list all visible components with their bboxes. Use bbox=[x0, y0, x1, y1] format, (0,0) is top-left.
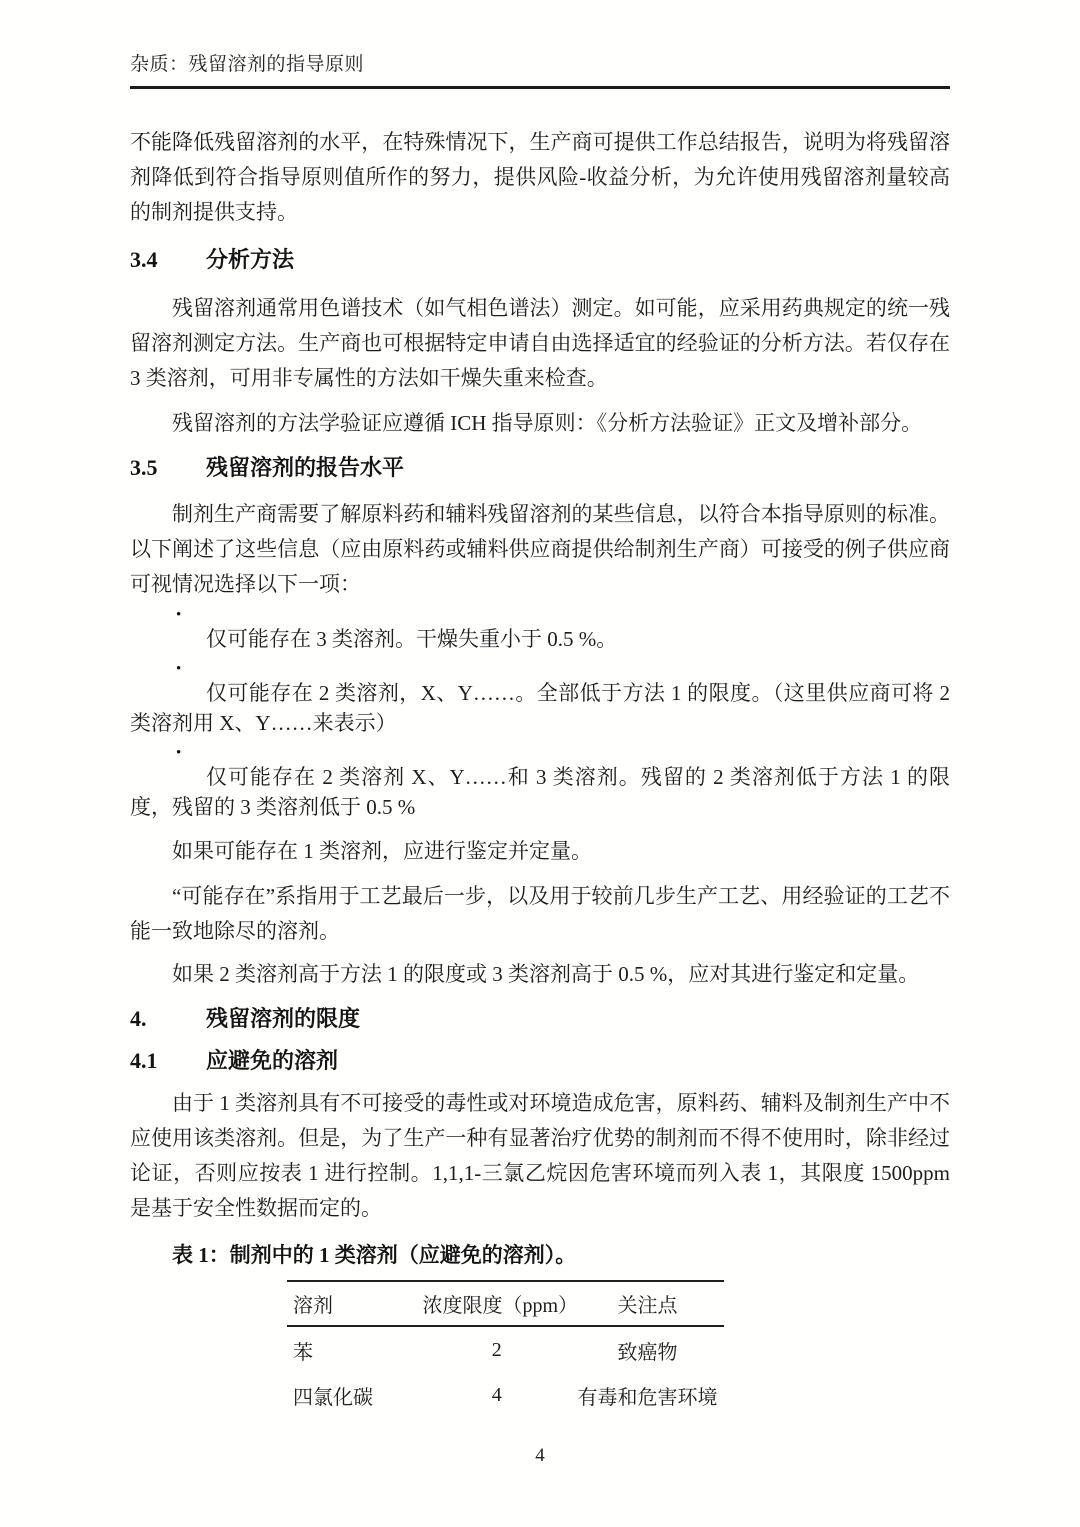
paragraph: 如果 2 类溶剂高于方法 1 的限度或 3 类溶剂高于 0.5 %，应对其进行鉴… bbox=[130, 957, 950, 992]
paragraph: 残留溶剂通常用色谱技术（如气相色谱法）测定。如可能，应采用药典规定的统一残留溶剂… bbox=[130, 291, 950, 396]
paragraph: 由于 1 类溶剂具有不可接受的毒性或对环境造成危害，原料药、辅料及制剂生产中不应… bbox=[130, 1086, 950, 1226]
table1-title: 表 1：制剂中的 1 类溶剂（应避免的溶剂）。 bbox=[130, 1240, 950, 1270]
page-number: 4 bbox=[0, 1445, 1080, 1467]
header-divider bbox=[130, 86, 950, 89]
section-title: 残留溶剂的报告水平 bbox=[206, 453, 404, 483]
section-number: 4.1 bbox=[130, 1046, 206, 1076]
bullet-list: • 仅可能存在 3 类溶剂。干燥失重小于 0.5 %。 • 仅可能存在 2 类溶… bbox=[130, 606, 950, 822]
table-cell-limit: 2 bbox=[422, 1326, 571, 1372]
table-row: 苯 2 致癌物 bbox=[287, 1326, 724, 1372]
intro-paragraph: 不能降低残留溶剂的水平，在特殊情况下，生产商可提供工作总结报告，说明为将残留溶剂… bbox=[130, 125, 950, 230]
bullet-text: 仅可能存在 2 类溶剂，X、Y……。全部低于方法 1 的限度。（这里供应商可将 … bbox=[130, 678, 950, 738]
table-header-limit: 浓度限度（ppm） bbox=[422, 1281, 571, 1326]
table1-wrapper: 溶剂 浓度限度（ppm） 关注点 苯 2 致癌物 四氯化碳 4 有毒和危害环境 bbox=[287, 1280, 724, 1417]
table-cell-concern: 有毒和危害环境 bbox=[571, 1372, 724, 1417]
table-cell-solvent: 四氯化碳 bbox=[287, 1372, 422, 1417]
paragraph: 制剂生产商需要了解原料药和辅料残留溶剂的某些信息，以符合本指导原则的标准。以下阐… bbox=[130, 497, 950, 602]
section-heading-4-1: 4.1 应避免的溶剂 bbox=[130, 1046, 950, 1076]
paragraph: 如果可能存在 1 类溶剂，应进行鉴定并定量。 bbox=[130, 834, 950, 869]
bullet-text: 仅可能存在 3 类溶剂。干燥失重小于 0.5 %。 bbox=[130, 624, 950, 654]
section-number: 3.4 bbox=[130, 245, 206, 275]
section-title: 残留溶剂的限度 bbox=[206, 1004, 360, 1034]
bullet-item: • 仅可能存在 2 类溶剂，X、Y……。全部低于方法 1 的限度。（这里供应商可… bbox=[130, 660, 950, 738]
bullet-icon: • bbox=[130, 606, 950, 624]
table-cell-limit: 4 bbox=[422, 1372, 571, 1417]
section-number: 3.5 bbox=[130, 453, 206, 483]
paragraph: 残留溶剂的方法学验证应遵循 ICH 指导原则：《分析方法验证》正文及增补部分。 bbox=[130, 406, 950, 441]
section-heading-4: 4. 残留溶剂的限度 bbox=[130, 1004, 950, 1034]
paragraph: “可能存在”系指用于工艺最后一步，以及用于较前几步生产工艺、用经验证的工艺不能一… bbox=[130, 879, 950, 949]
bullet-item: • 仅可能存在 2 类溶剂 X、Y……和 3 类溶剂。残留的 2 类溶剂低于方法… bbox=[130, 744, 950, 822]
section-heading-3-5: 3.5 残留溶剂的报告水平 bbox=[130, 453, 950, 483]
running-header: 杂质：残留溶剂的指导原则 bbox=[130, 0, 950, 89]
section-title: 分析方法 bbox=[206, 245, 294, 275]
document-page: 杂质：残留溶剂的指导原则 不能降低残留溶剂的水平，在特殊情况下，生产商可提供工作… bbox=[0, 0, 1080, 1527]
bullet-item: • 仅可能存在 3 类溶剂。干燥失重小于 0.5 %。 bbox=[130, 606, 950, 654]
table-cell-solvent: 苯 bbox=[287, 1326, 422, 1372]
section-title: 应避免的溶剂 bbox=[206, 1046, 338, 1076]
table-header-solvent: 溶剂 bbox=[287, 1281, 422, 1326]
section-number: 4. bbox=[130, 1004, 206, 1034]
bullet-icon: • bbox=[130, 660, 950, 678]
table-cell-concern: 致癌物 bbox=[571, 1326, 724, 1372]
solvents-table: 溶剂 浓度限度（ppm） 关注点 苯 2 致癌物 四氯化碳 4 有毒和危害环境 bbox=[287, 1280, 724, 1417]
bullet-text: 仅可能存在 2 类溶剂 X、Y……和 3 类溶剂。残留的 2 类溶剂低于方法 1… bbox=[130, 762, 950, 822]
table-row: 四氯化碳 4 有毒和危害环境 bbox=[287, 1372, 724, 1417]
table-header-row: 溶剂 浓度限度（ppm） 关注点 bbox=[287, 1281, 724, 1326]
table-header-concern: 关注点 bbox=[571, 1281, 724, 1326]
section-heading-3-4: 3.4 分析方法 bbox=[130, 245, 950, 275]
running-header-text: 杂质：残留溶剂的指导原则 bbox=[130, 52, 950, 78]
bullet-icon: • bbox=[130, 744, 950, 762]
